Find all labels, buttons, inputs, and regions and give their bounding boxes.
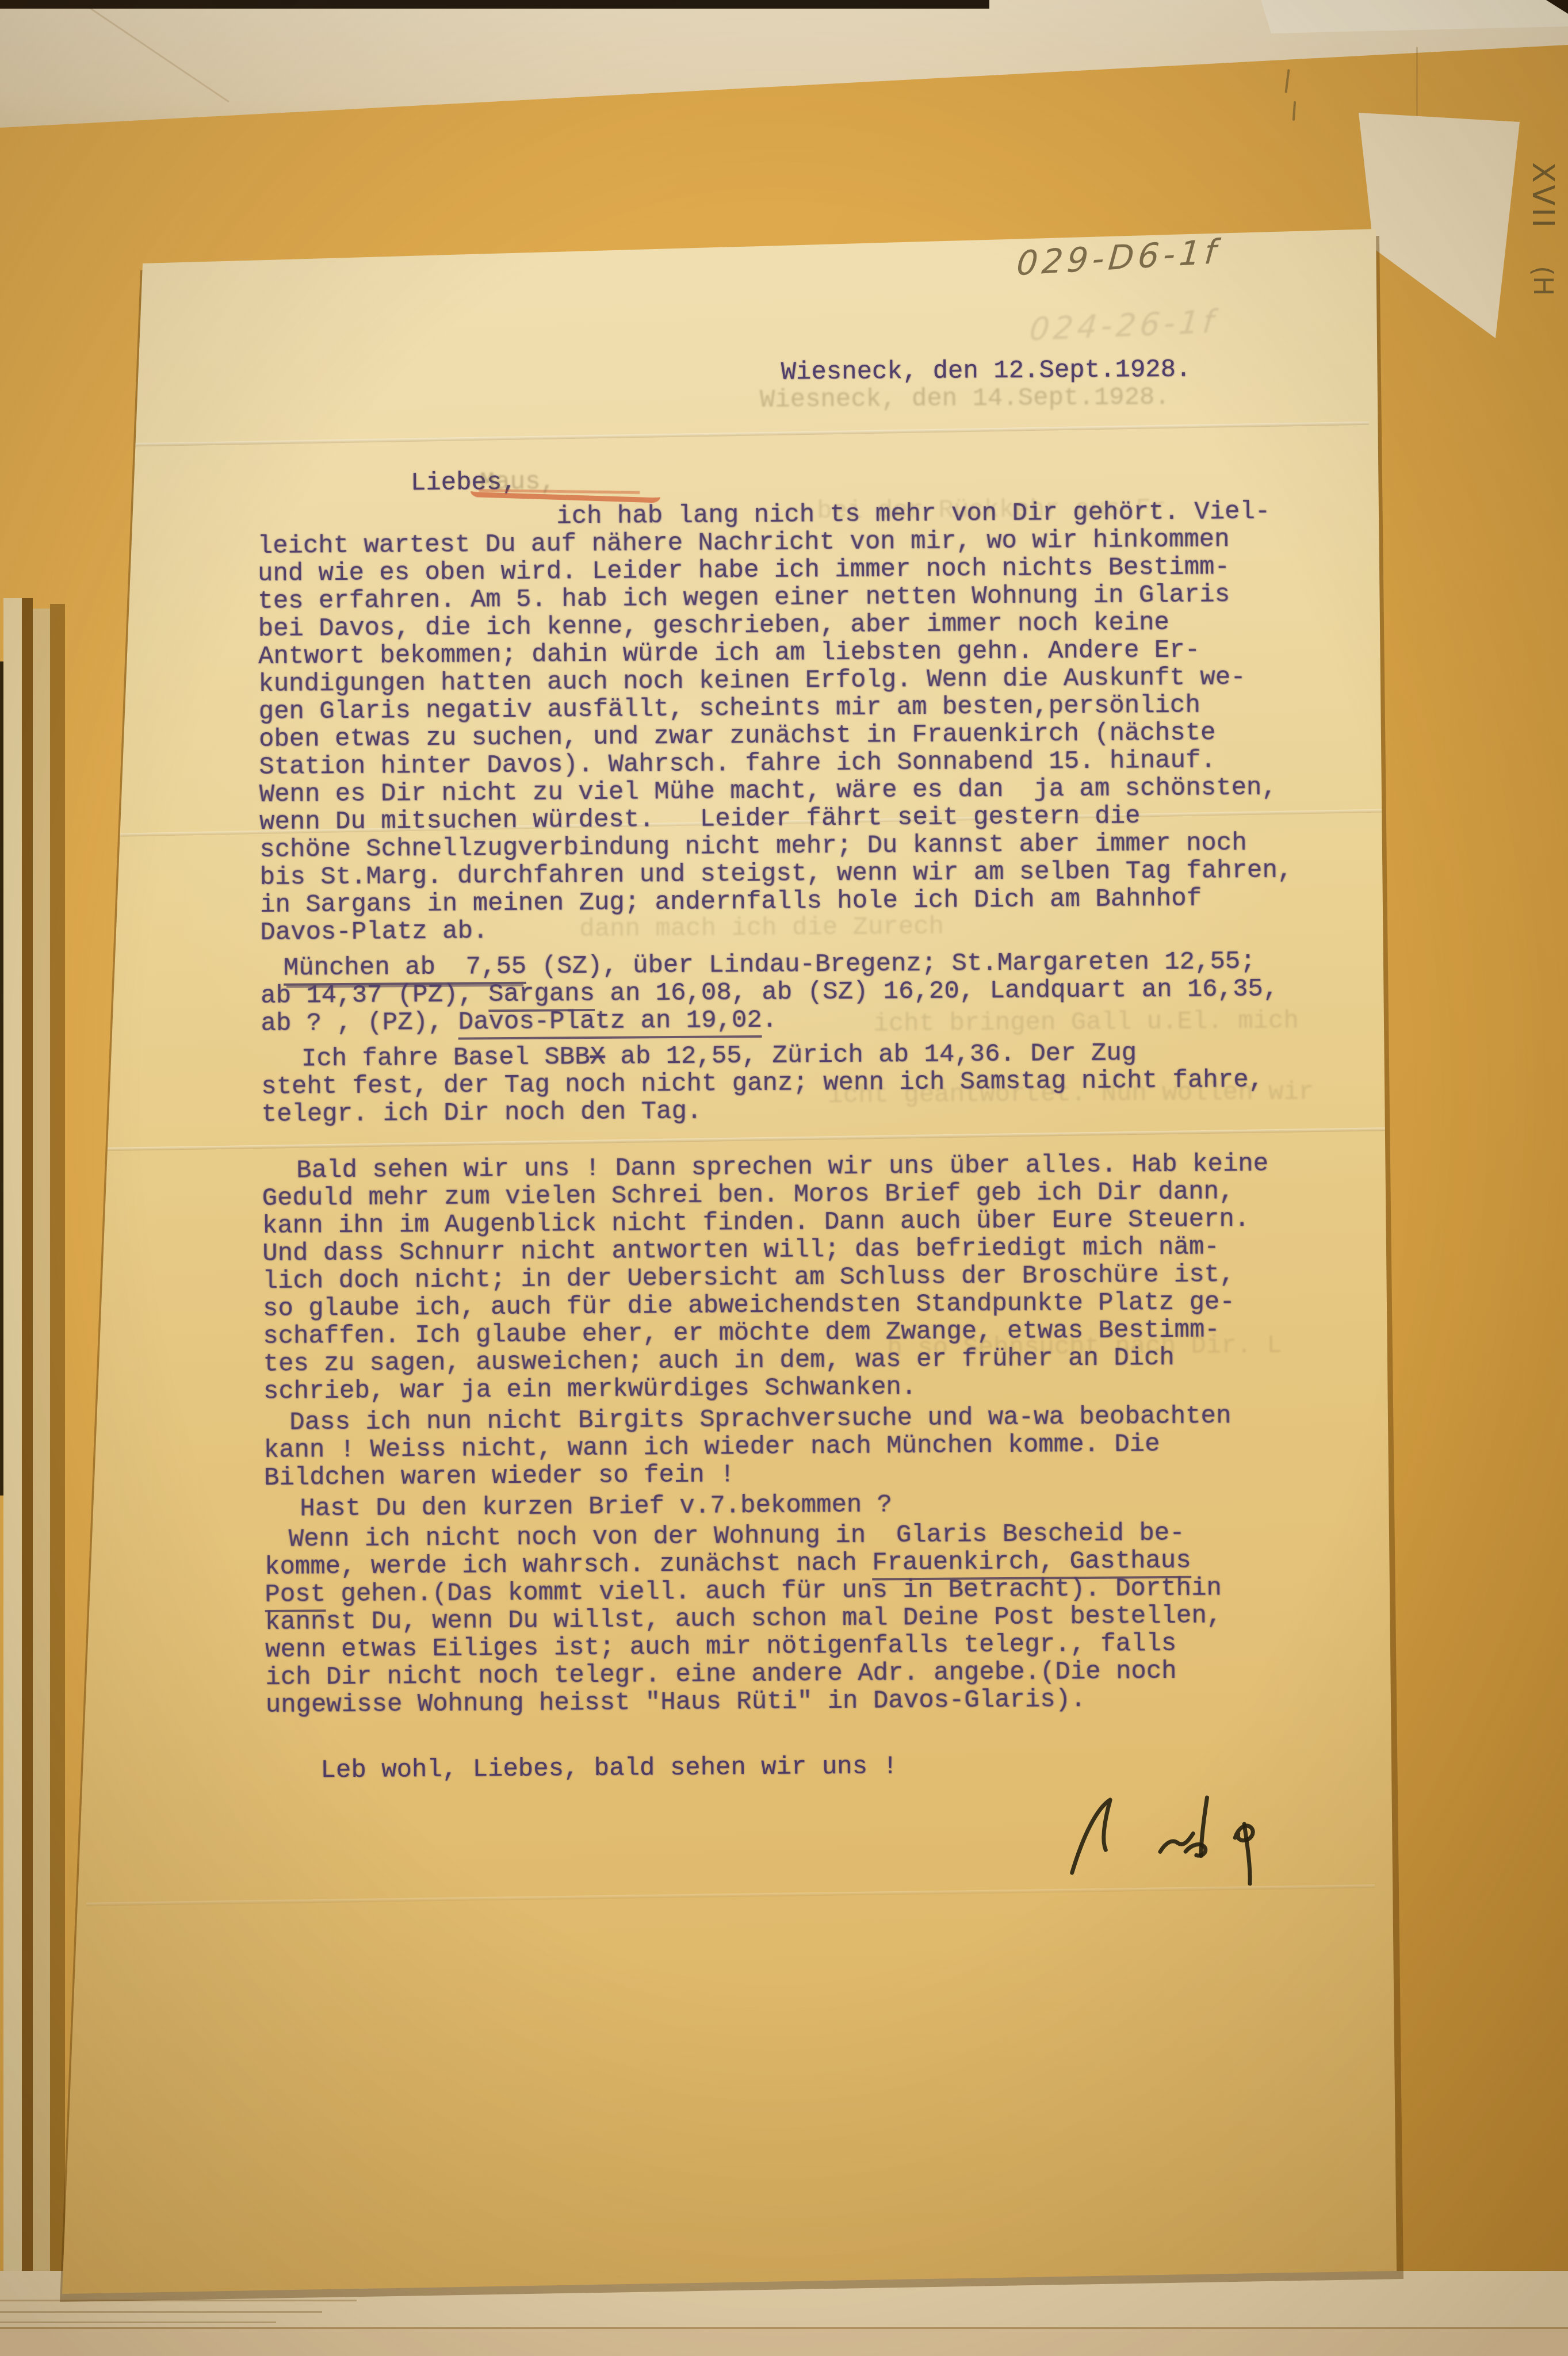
letter-body: ich hab lang nich ts mehr von Dir gehört… [0, 0, 1560, 2]
letter-text-layer: 029-D6-1f 024-26-1f Wiesneck, den 12.Sep… [0, 0, 1568, 2356]
folder-side-label: XVII [1525, 162, 1560, 230]
paragraph: Dass ich nun nicht Birgits Sprachversuch… [263, 1402, 1232, 1492]
ghost-text: Wiesneck, den 14.Sept.1928. [760, 384, 1170, 414]
paragraph: Bald sehen wir uns ! Dann sprechen wir u… [262, 1150, 1270, 1406]
paragraph: München ab 7,55 (SZ), über Lindau-Bregen… [261, 948, 1279, 1038]
ghost-text: Maus, [480, 468, 556, 496]
archival-number-pencil-ghost: 024-26-1f [1028, 303, 1219, 347]
paragraph: Ich fahre Basel SBBX ab 12,55, Zürich ab… [261, 1039, 1264, 1129]
paragraph: Wenn ich nicht noch von der Wohnung in G… [265, 1519, 1223, 1719]
bleed-through-text: Wiesneck, den 14.Sept.1928.Maus,bei der … [0, 0, 1560, 2]
date-line: Wiesneck, den 12.Sept.1928. [781, 356, 1191, 387]
photographed-letter-scene: 029-D6-1f 024-26-1f Wiesneck, den 12.Sep… [0, 0, 1568, 2356]
archival-number-pencil: 029-D6-1f [1015, 232, 1222, 283]
paragraph: Hast Du den kurzen Brief v.7.bekommen ? [264, 1491, 892, 1523]
signature-scrawl [1058, 1776, 1316, 1919]
closing-line: Leb wohl, Liebes, bald sehen wir uns ! [320, 1753, 898, 1784]
paragraph: ich hab lang nich ts mehr von Dir gehört… [257, 498, 1293, 947]
folder-side-label-partial: (H [1528, 266, 1559, 296]
